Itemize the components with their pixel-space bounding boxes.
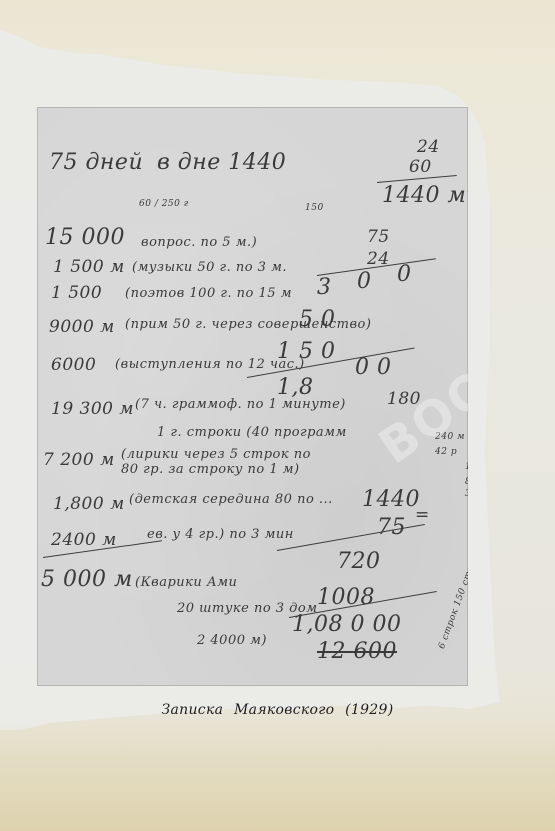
note-line-text: (7 ч. граммоф. по 1 минуте)	[135, 397, 346, 412]
calc-value: 12 600	[317, 639, 397, 664]
note-header-middle: в дне 1440	[157, 150, 286, 175]
note-line-amount: 19 300 м	[51, 399, 134, 419]
right-small-note: 42 р	[435, 447, 457, 457]
right-value: 3	[317, 275, 332, 300]
right-value: 5 0	[299, 307, 336, 332]
book-page: 75 дней в дне 1440 24 60 1440 мин 60 / 2…	[0, 0, 555, 831]
note-line-amount: 7 200 м	[43, 450, 115, 470]
photo-caption: Записка Маяковского (1929)	[0, 702, 555, 718]
note-line-amount: 1 500 м	[53, 257, 125, 277]
right-value: 1 5 0	[277, 339, 335, 364]
note-fraction-top: 24	[417, 137, 440, 157]
note-line-amount: 1,800 м	[53, 494, 125, 514]
note-header-left: 75 дней	[49, 150, 143, 175]
right-value: 0	[397, 262, 412, 287]
note-line-amount: 5 000 м	[41, 567, 133, 592]
right-value: 0 0	[355, 355, 392, 380]
right-value: 180	[387, 389, 421, 409]
note-line-amount: 6000	[51, 355, 96, 375]
note-line-text: 1 г. строки (40 программ	[157, 425, 347, 440]
note-fraction-result: 1440 мин	[382, 183, 468, 208]
note-small-fraction: 60 / 250 г	[139, 199, 189, 209]
right-value: 0	[357, 269, 372, 294]
right-small-note: 16 г.	[465, 462, 468, 472]
note-line-text: (музыки 50 г. по 3 м.	[132, 260, 287, 275]
note-line-text: (лирики через 5 строк по 80 гр. за строк…	[121, 447, 331, 477]
caption-word: Записка	[162, 702, 224, 718]
note-line-amount: 15 000	[45, 225, 125, 250]
calc-value: 1,08 0 00	[292, 612, 401, 637]
right-small-note: 240 м	[435, 432, 465, 442]
note-line-amount: 1 500	[51, 283, 102, 303]
note-line-text: (детская середина 80 по ...	[129, 492, 333, 507]
caption-word: Маяковского	[234, 702, 334, 718]
note-line-text: 2 4000 м)	[197, 633, 267, 648]
calc-value: 1440	[362, 487, 420, 512]
note-line-text: (поэтов 100 г. по 15 м	[125, 286, 292, 301]
right-small-note: 30	[465, 489, 468, 499]
right-value: 75	[367, 227, 390, 247]
caption-year: (1929)	[345, 702, 393, 718]
calc-value: 720	[337, 549, 381, 574]
right-small-note: 80 см	[465, 477, 468, 487]
note-line-text: (Кварики Ами	[135, 575, 237, 590]
note-line-text: ев. у 4 гр.) по 3 мин	[147, 527, 294, 542]
note-line-text: вопрос. по 5 м.)	[141, 235, 257, 250]
handwritten-note-photo: 75 дней в дне 1440 24 60 1440 мин 60 / 2…	[37, 107, 468, 686]
water-stain	[0, 720, 555, 831]
calc-side-note: 6 строк 150 строк	[437, 553, 468, 651]
note-line-amount: 9000 м	[49, 317, 115, 337]
note-small-150: 150	[305, 203, 324, 213]
note-fraction-mid: 60	[409, 157, 432, 177]
right-value: 1,8	[277, 375, 314, 400]
calc-eq: =	[415, 505, 430, 525]
